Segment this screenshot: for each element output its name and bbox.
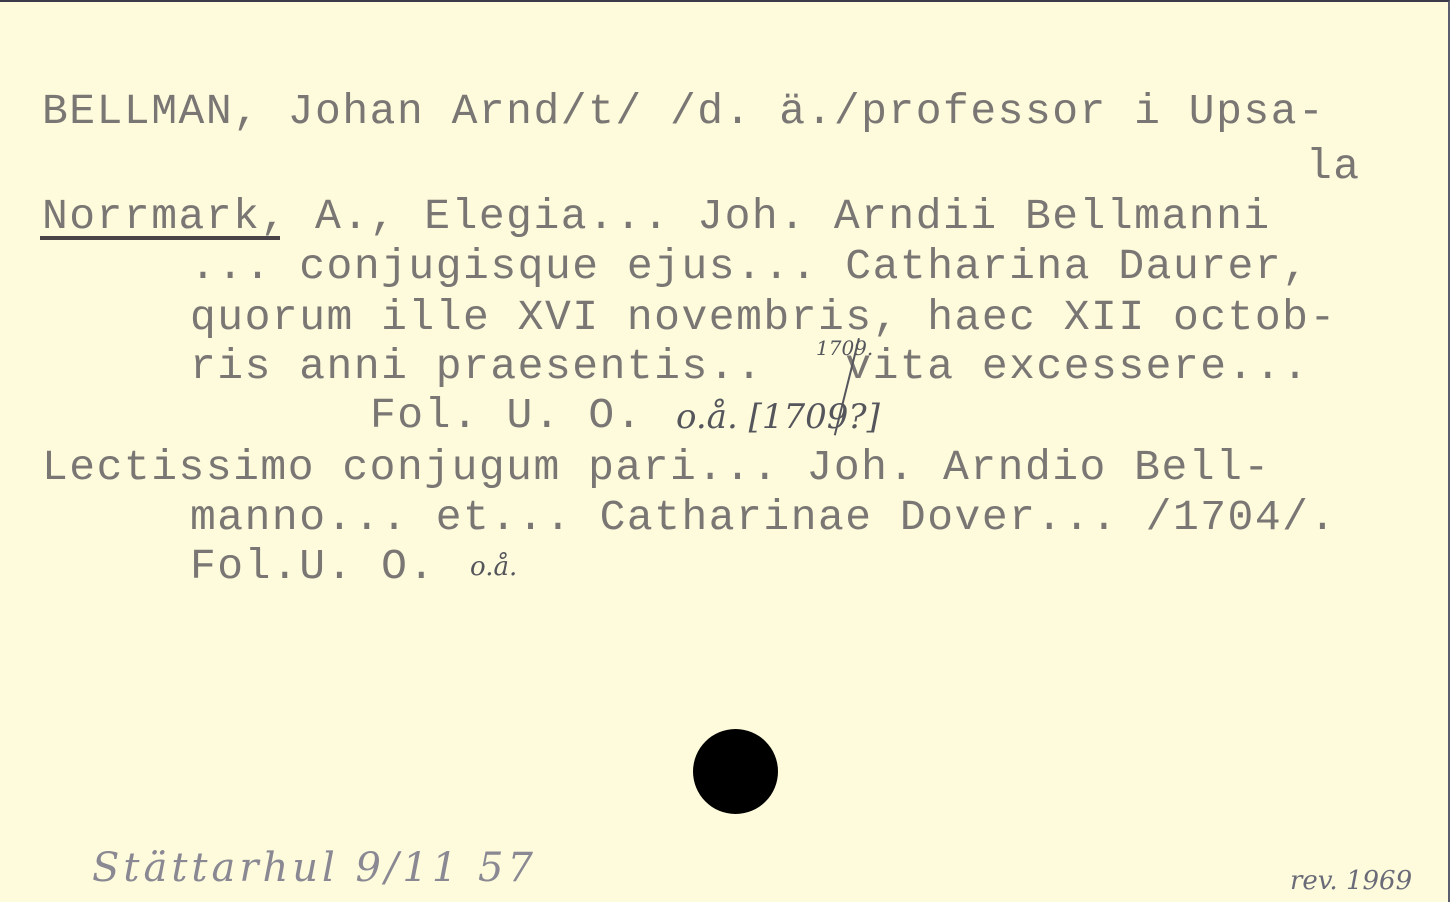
pencil-note-bottom-left: Stättarhul 9/11 57 [92,848,537,888]
handwritten-year-insert: 1709. [816,338,873,358]
entry2-line-1: Lectissimo conjugum pari... Joh. Arndio … [42,446,1271,489]
heading-line-1: BELLMAN, Johan Arnd/t/ /d. ä./professor … [42,90,1325,133]
author-underline [40,236,280,240]
entry1-line-1: Norrmark, A., Elegia... Joh. Arndii Bell… [42,195,1271,238]
entry2-line-3: Fol.U. O. [190,545,436,588]
heading-line-2: la [1306,145,1361,188]
entry2-line-2: manno... et... Catharinae Dover... /1704… [190,496,1337,539]
handwritten-note-entry2: o.å. [470,554,517,580]
punch-hole [693,729,778,814]
entry1-line-2: ... conjugisque ejus... Catharina Daurer… [190,245,1309,288]
handwritten-note-entry1: o.å. [1709?] [676,400,880,434]
entry1-line-4: ris anni praesentis.. vita excessere... [190,345,1309,388]
catalog-card: BELLMAN, Johan Arnd/t/ /d. ä./professor … [0,0,1450,902]
pencil-note-bottom-right: rev. 1969 [1290,868,1412,894]
entry1-line-3: quorum ille XVI novembris, haec XII octo… [190,296,1337,339]
entry1-line-5: Fol. U. O. [370,394,643,437]
